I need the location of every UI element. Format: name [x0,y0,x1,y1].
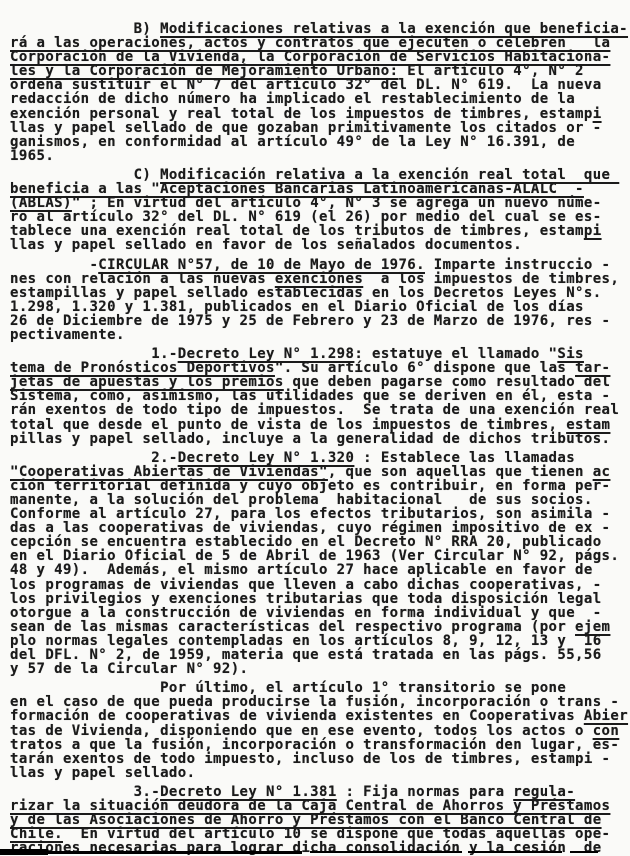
text-line: tarán exentos de todo impuesto, incluso … [10,752,630,766]
paragraph-circular-57: -CIRCULAR N°57, de 10 de Mayo de 1976. I… [10,258,630,343]
text-line: beneficia a las "Aceptaciones Bancarias … [10,182,630,196]
text-line: C) Modificación relativa a la exención r… [10,168,630,182]
text-line: los programas de viviendas que lleven a … [10,578,630,592]
text-line: llas y papel sellado. [10,766,630,780]
text-line: B) Modificaciones relativas a la exenció… [10,22,630,36]
paragraph-section-c: C) Modificación relativa a la exención r… [10,168,630,253]
paragraph-por-ultimo: Por último, el artículo 1° transitorio s… [10,681,630,780]
text-line: redacción de dicho número ha implicado e… [10,92,630,106]
typewritten-text-block: B) Modificaciones relativas a la exenció… [10,22,630,855]
text-line: estampillas y papel sellado establecidas… [10,286,630,300]
scan-artifact-line [48,851,302,854]
text-line: del DFL. N° 2, de 1959, materia que está… [10,648,630,662]
text-line: tablece una exención real total de los t… [10,224,630,238]
text-line: llas y papel sellado de que gozaban prim… [10,121,630,135]
paragraph-decreto-ley-1381: 3.-Decreto Ley N° 1.381 : Fija normas pa… [10,785,630,855]
text-line: 48 y 49). Además, el mismo artículo 27 h… [10,563,630,577]
text-line: tas de Vivienda, disponiendo que en ese … [10,724,630,738]
text-line: pillas y papel sellado, incluye a la gen… [10,432,630,446]
text-line: y 57 de la Circular N° 92). [10,662,630,676]
paragraph-decreto-ley-1320: 2.-Decreto Ley N° 1.320 : Establece las … [10,451,630,677]
text-line: 1965. [10,149,630,163]
text-line: "Cooperativas Abiertas de Viviendas", qu… [10,465,630,479]
text-line: nes con relación a las nuevas exenciones… [10,272,630,286]
text-line: tratos a que la fusión, incorporación o … [10,738,630,752]
text-line: manente, a la solución del problema habi… [10,493,630,507]
scan-artifact-line [310,851,462,853]
scan-artifact-line [468,851,562,853]
text-line: rizar la situación deudora de la Caja Ce… [10,799,630,813]
text-line: 2.-Decreto Ley N° 1.320 : Establece las … [10,451,630,465]
text-line: plo normas legales contempladas en los a… [10,634,630,648]
scan-artifact-line [0,849,48,855]
text-line: llas y papel sellado en favor de los señ… [10,238,630,252]
text-line: los privilegios y exenciones tributarias… [10,592,630,606]
text-line: total que desde el punto de vista de los… [10,418,630,432]
paragraph-decreto-ley-1298: 1.-Decreto Ley N° 1.298: estatuye el lla… [10,347,630,446]
text-line: ción territorial definida y cuyo objeto … [10,479,630,493]
scan-artifact-line [570,851,598,853]
text-line: -CIRCULAR N°57, de 10 de Mayo de 1976. I… [10,258,630,272]
text-line: 26 de Diciembre de 1975 y 25 de Febrero … [10,314,630,328]
text-line: ganismos, en conformidad al artículo 49°… [10,135,630,149]
text-line: pectivamente. [10,328,630,342]
text-line: exención personal y real total de los im… [10,107,630,121]
text-line: 3.-Decreto Ley N° 1.381 : Fija normas pa… [10,785,630,799]
text-line: formación de cooperativas de vivienda ex… [10,709,630,723]
text-line: 1.298, 1.320 y 1.381, publicados en el D… [10,300,630,314]
text-line: sean de las mismas características del r… [10,620,630,634]
text-line: otorgue a la construcción de viviendas e… [10,606,630,620]
document-page: B) Modificaciones relativas a la exenció… [0,0,630,856]
paragraph-section-b: B) Modificaciones relativas a la exenció… [10,22,630,163]
text-line: rán exentos de todo tipo de impuestos. S… [10,403,630,417]
